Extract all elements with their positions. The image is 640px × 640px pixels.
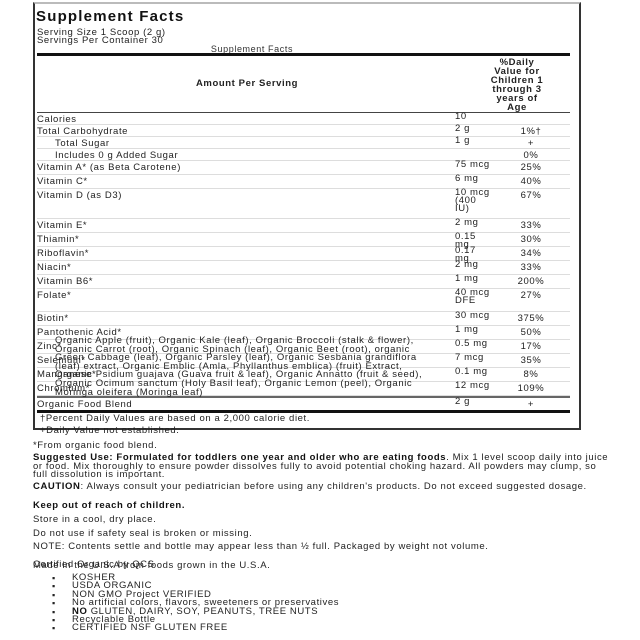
table-row: Vitamin E*2 mg33% <box>37 219 570 233</box>
nutrient-daily-value: + <box>491 138 571 149</box>
nutrient-amount: 75 mcg <box>455 161 491 169</box>
made-in-usa: Made in the U.S.A from foods grown in th… <box>33 562 613 571</box>
nutrient-name: Folate* <box>37 290 71 301</box>
table-row: Total Sugar1 g+ <box>37 137 570 149</box>
nutrient-daily-value: 30% <box>491 234 571 245</box>
nutrient-amount: 2 g <box>455 398 491 406</box>
table-row: Organic Food Blend2 g+ <box>37 396 570 411</box>
daily-value-header-line: Age <box>462 103 572 112</box>
nutrient-amount: 10 <box>455 113 491 121</box>
nutrient-daily-value: 25% <box>491 162 571 173</box>
nutrient-name: Biotin* <box>37 313 69 324</box>
nutrient-name: Vitamin D (as D3) <box>37 190 122 201</box>
serving-info: Serving Size 1 Scoop (2 g) Servings Per … <box>37 29 166 45</box>
nutrient-amount: 2 mg <box>455 219 491 227</box>
nutrient-name: Vitamin C* <box>37 176 88 187</box>
amount-per-serving-header: Amount Per Serving <box>37 78 457 89</box>
nutrient-name: Calories <box>37 114 77 125</box>
nutrient-daily-value: 0% <box>491 150 571 161</box>
keep-out-of-reach: Keep out of reach of children. <box>33 502 613 511</box>
nutrient-daily-value: 8% <box>491 369 571 380</box>
table-row: Biotin*30 mcg375% <box>37 312 570 326</box>
nutrient-daily-value: + <box>491 399 571 410</box>
nutrient-name: Vitamin B6* <box>37 276 93 287</box>
caution: CAUTION: Always consult your pediatricia… <box>33 483 613 492</box>
nutrient-name: Total Carbohydrate <box>37 126 128 137</box>
safety-seal-warning: Do not use if safety seal is broken or m… <box>33 530 613 539</box>
table-row: Folate*40 mcg DFE27% <box>37 289 570 312</box>
nutrient-name: Riboflavin* <box>37 248 89 259</box>
table-row: Vitamin D (as D3)10 mcg (400 IU)67% <box>37 189 570 219</box>
nutrient-amount: 1 mg <box>455 326 491 334</box>
nutrient-daily-value: 40% <box>491 176 571 187</box>
feature-list: KOSHERUSDA ORGANICNON GMO Project VERIFI… <box>52 574 339 633</box>
nutrient-daily-value: 109% <box>491 383 571 394</box>
footnote-organic: *From organic food blend. <box>33 442 613 451</box>
nutrient-name: Vitamin A* (as Beta Carotene) <box>37 162 181 173</box>
table-row: Calories10 <box>37 113 570 125</box>
nutrient-daily-value: 375% <box>491 313 571 324</box>
nutrient-amount: 40 mcg DFE <box>455 289 491 305</box>
nutrient-amount: 0.5 mg <box>455 340 491 348</box>
nutrient-daily-value: 17% <box>491 341 571 352</box>
contents-note: NOTE: Contents settle and bottle may app… <box>33 543 613 552</box>
nutrient-amount: 12 mcg <box>455 382 491 390</box>
table-row: Total Carbohydrate2 g1%† <box>37 125 570 137</box>
nutrient-daily-value: 33% <box>491 262 571 273</box>
nutrient-name: Organic Food Blend <box>37 399 132 410</box>
nutrient-name: Niacin* <box>37 262 71 273</box>
nutrient-daily-value: 1%† <box>491 126 571 137</box>
feature-item: CERTIFIED NSF GLUTEN FREE <box>52 624 339 632</box>
nutrient-name: Thiamin* <box>37 234 79 245</box>
food-blend-ingredients: Organic Apple (fruit), Organic Kale (lea… <box>55 337 425 397</box>
table-row: Thiamin*0.15 mg30% <box>37 233 570 247</box>
storage-instructions: Store in a cool, dry place. <box>33 516 613 525</box>
nutrient-amount: 7 mcg <box>455 354 491 362</box>
daily-value-header: %DailyValue forChildren 1through 3years … <box>462 58 572 112</box>
nutrient-daily-value: 50% <box>491 327 571 338</box>
nutrient-name: Vitamin E* <box>37 220 87 231</box>
panel-title: Supplement Facts <box>36 8 184 25</box>
nutrient-daily-value: 67% <box>491 190 571 201</box>
footnote-daily-value: †Percent Daily Values are based on a 2,0… <box>40 413 310 424</box>
footnote-not-established: +Daily Value not established. <box>40 425 179 436</box>
nutrient-amount: 1 mg <box>455 275 491 283</box>
nutrient-amount: 1 g <box>455 137 491 145</box>
nutrient-name: Includes 0 g Added Sugar <box>55 150 178 161</box>
nutrient-amount: 0.1 mg <box>455 368 491 376</box>
nutrient-amount: 6 mg <box>455 175 491 183</box>
table-row: Niacin*2 mg33% <box>37 261 570 275</box>
table-header: Amount Per Serving %DailyValue forChildr… <box>37 53 570 113</box>
nutrient-daily-value: 35% <box>491 355 571 366</box>
table-row: Vitamin A* (as Beta Carotene)75 mcg25% <box>37 161 570 175</box>
nutrient-daily-value: 34% <box>491 248 571 259</box>
nutrient-amount: 10 mcg (400 IU) <box>455 189 491 213</box>
table-row: Vitamin C*6 mg40% <box>37 175 570 189</box>
table-row: Vitamin B6*1 mg200% <box>37 275 570 289</box>
suggested-use: Suggested Use: Formulated for toddlers o… <box>33 454 613 480</box>
nutrient-name: Total Sugar <box>55 138 110 149</box>
nutrient-daily-value: 33% <box>491 220 571 231</box>
nutrient-amount: 2 mg <box>455 261 491 269</box>
nutrient-amount: 2 g <box>455 125 491 133</box>
nutrient-amount: 30 mcg <box>455 312 491 320</box>
table-row: Includes 0 g Added Sugar0% <box>37 149 570 161</box>
nutrient-daily-value: 27% <box>491 290 571 301</box>
caution-label: CAUTION <box>33 481 80 492</box>
nutrient-daily-value: 200% <box>491 276 571 287</box>
feature-text: CERTIFIED NSF GLUTEN FREE <box>72 622 228 633</box>
caution-text: : Always consult your pediatrician befor… <box>80 481 586 492</box>
table-row: Riboflavin*0.17 mg34% <box>37 247 570 261</box>
